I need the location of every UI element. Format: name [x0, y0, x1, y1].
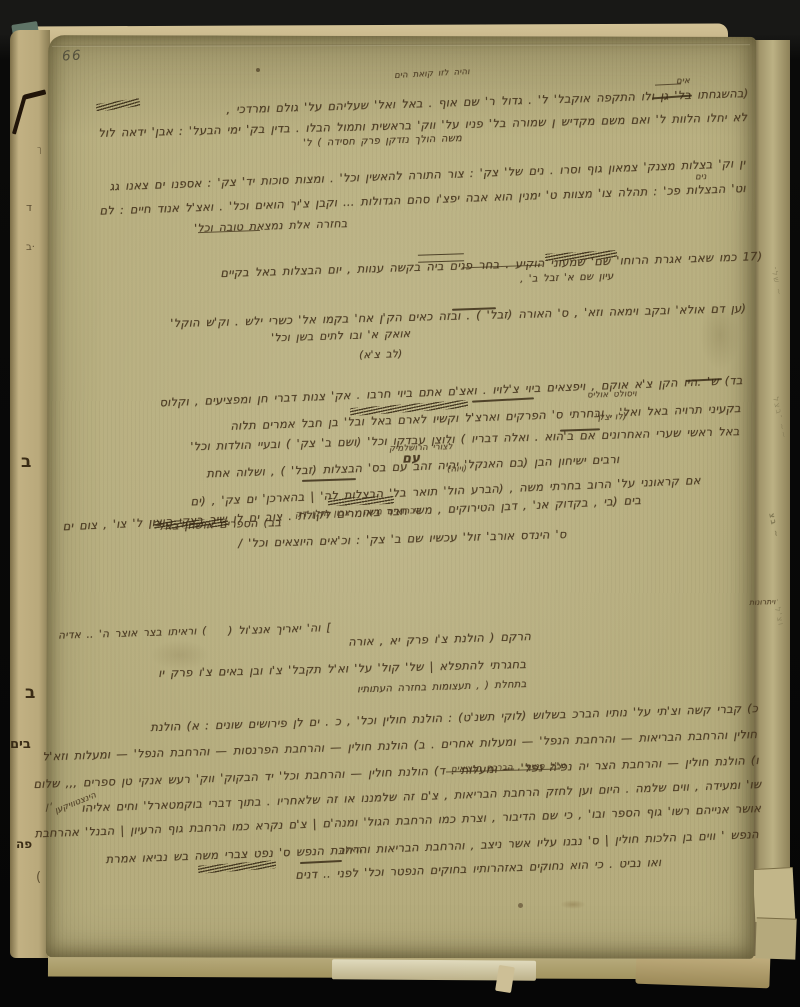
margin-mark: ( [36, 870, 41, 885]
handwritten-line: (לב צ'א) [359, 348, 403, 361]
margin-mark: בים [10, 737, 31, 752]
emphasized-word: עם [402, 451, 421, 467]
margin-mark: ב [25, 683, 35, 703]
interlinear-note: ויסולט אוליס [587, 389, 637, 401]
page-number: 66 [62, 47, 83, 64]
margin-mark: פה [16, 837, 32, 851]
bottom-page-tab [495, 965, 515, 993]
under-page-left-edge [10, 30, 50, 958]
margin-mark: ך [37, 145, 42, 155]
interlinear-note: האלה [338, 845, 361, 856]
interlinear-note: (ויוה) [447, 464, 467, 475]
manuscript-scan: 66 והיה לזו קואת הים אים (בהשגחתו בל' גן… [0, 0, 800, 1007]
margin-mark: ב [21, 452, 31, 472]
interlinear-note: נים [695, 172, 707, 182]
interlinear-note: (לו צק' [595, 412, 627, 423]
stain [256, 68, 260, 72]
stain [518, 903, 523, 908]
margin-mark: ב· [26, 242, 35, 253]
stain [560, 900, 586, 909]
interlinear-note: אים [676, 76, 690, 86]
double-strike-mark [418, 253, 464, 263]
facing-page-fore-edge [752, 40, 790, 956]
facing-page-edge-piece [755, 917, 796, 959]
facing-page-edge-piece [753, 867, 796, 922]
interlinear-note: לצורי הרושלמיק [389, 442, 453, 454]
margin-mark: ד [26, 201, 32, 214]
